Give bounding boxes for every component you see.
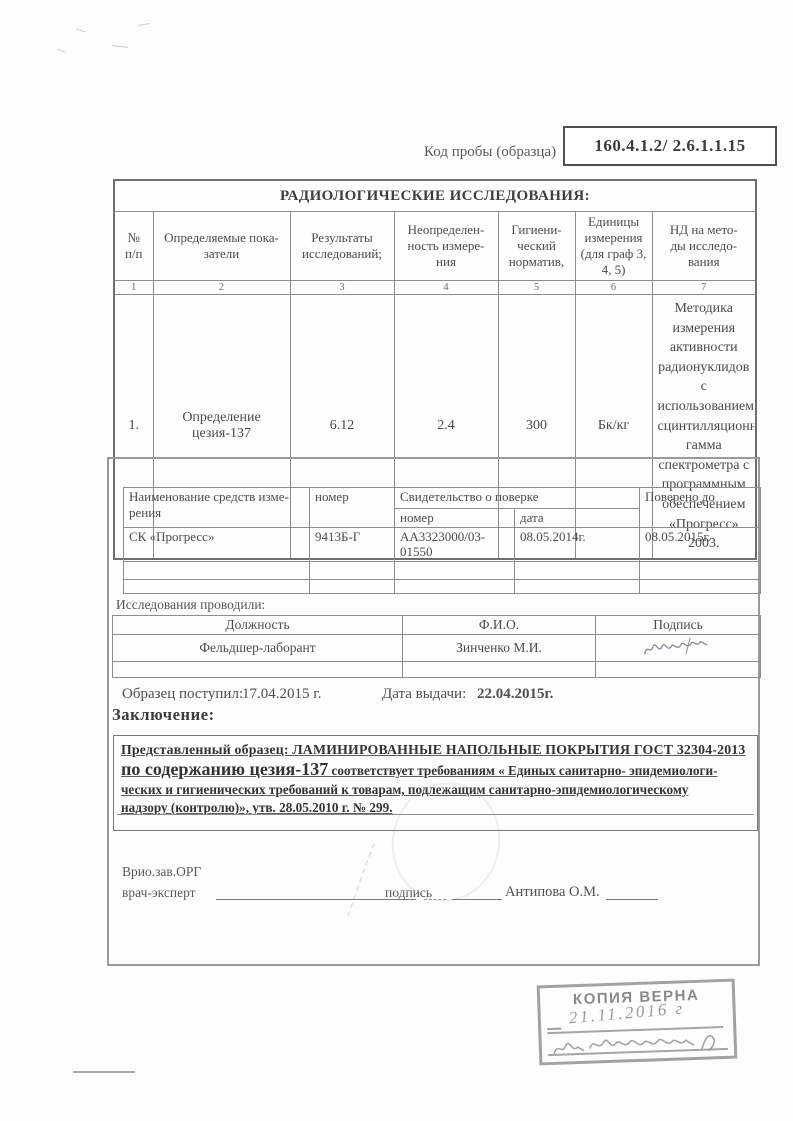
instr-header-name: Наименование средств изме- рения: [124, 488, 310, 528]
res-header-position: Должность: [113, 616, 403, 635]
instr-cert-number: АА3323000/03-01550: [395, 527, 515, 561]
pencil-mark: [57, 48, 65, 52]
instr-valid-until: 08.05.2015г.: [640, 527, 761, 561]
col-num: 6: [575, 281, 652, 295]
res-header-name: Ф.И.О.: [403, 616, 596, 635]
signature-line: [606, 899, 658, 900]
instr-header-cert-date: дата: [515, 509, 640, 528]
table-row: Фельдшер-лаборант Зинченко М.И.: [113, 635, 761, 662]
issued-label: Дата выдачи:: [382, 686, 466, 703]
col-header-norm: Гигиени- ческий норматив,: [498, 212, 575, 281]
stamp-signature-scribble: [549, 1028, 726, 1060]
signature-scribble: [640, 635, 716, 660]
col-header-num: № п/п: [114, 212, 153, 281]
stamp-rule-stub: [547, 1028, 561, 1030]
sample-dates-line: Образец поступил: 17.04.2015 г. Дата выд…: [0, 686, 793, 706]
instr-number: 9413Б-Г: [310, 527, 395, 561]
signoff-role-line1: Врио.зав.ОРГ: [122, 864, 201, 880]
res-position: Фельдшер-лаборант: [113, 635, 403, 662]
col-num: 3: [290, 281, 394, 295]
col-header-uncertainty: Неопределен- ность измере- ния: [394, 212, 498, 281]
instr-cert-date: 08.05.2014г.: [515, 527, 640, 561]
researchers-table: Должность Ф.И.О. Подпись Фельдшер-лабора…: [112, 615, 761, 678]
instr-header-valid-until: Поверено до: [640, 488, 761, 528]
instr-header-number: номер: [310, 488, 395, 528]
conclusion-line2-rest: соответствует требованиям « Единых санит…: [328, 763, 717, 778]
res-name: Зинченко М.И.: [403, 635, 596, 662]
stray-line: [73, 1071, 135, 1073]
signoff-role-line2: врач-эксперт: [122, 885, 196, 901]
conclusion-heading: Заключение:: [112, 705, 215, 725]
col-num: 2: [153, 281, 290, 295]
pencil-mark: [112, 45, 128, 48]
table-row: СК «Прогресс» 9413Б-Г АА3323000/03-01550…: [124, 527, 761, 561]
col-num: 4: [394, 281, 498, 295]
radiology-table-title: РАДИОЛОГИЧЕСКИЕ ИССЛЕДОВАНИЯ:: [114, 180, 756, 212]
col-num: 1: [114, 281, 153, 295]
pen-stroke: [330, 838, 390, 918]
col-num: 5: [498, 281, 575, 295]
copy-verified-stamp: КОПИЯ ВЕРНА 21.11.2016 г: [537, 979, 738, 1066]
empty-row: [124, 579, 761, 593]
pencil-mark: [138, 23, 150, 26]
col-header-result: Результаты исследований;: [290, 212, 394, 281]
issued-date: 22.04.2015г.: [477, 686, 553, 703]
instr-name: СК «Прогресс»: [124, 527, 310, 561]
received-label: Образец поступил:: [122, 686, 243, 703]
researchers-label: Исследования проводили:: [116, 597, 265, 613]
empty-row: [113, 662, 761, 678]
conclusion-line1: Представленный образец: ЛАМИНИРОВАННЫЕ Н…: [121, 742, 746, 757]
col-header-indicator: Определяемые пока- затели: [153, 212, 290, 281]
res-signature-cell: [596, 635, 761, 662]
instruments-table: Наименование средств изме- рения номер С…: [123, 487, 761, 594]
sample-code-box: 160.4.1.2/ 2.6.1.1.15: [563, 126, 777, 166]
instr-header-certificate: Свидетельство о поверке: [395, 488, 640, 509]
signature-label: подпись: [385, 885, 432, 901]
col-num: 7: [652, 281, 756, 295]
col-header-method: НД на мето- ды исследо- вания: [652, 212, 756, 281]
empty-row: [124, 561, 761, 579]
column-number-row: 1 2 3 4 5 6 7: [114, 281, 756, 295]
col-header-units: Единицы измерения (для граф 3, 4, 5): [575, 212, 652, 281]
conclusion-line2-emphasis: по содержанию цезия-137: [121, 759, 328, 779]
signature-line: [452, 899, 502, 900]
expert-name: Антипова О.М.: [505, 884, 600, 901]
pencil-mark: [76, 28, 86, 32]
received-date: 17.04.2015 г.: [242, 686, 321, 703]
res-header-signature: Подпись: [596, 616, 761, 635]
instr-header-cert-number: номер: [395, 509, 515, 528]
sample-code-label: Код пробы (образца): [424, 144, 556, 161]
